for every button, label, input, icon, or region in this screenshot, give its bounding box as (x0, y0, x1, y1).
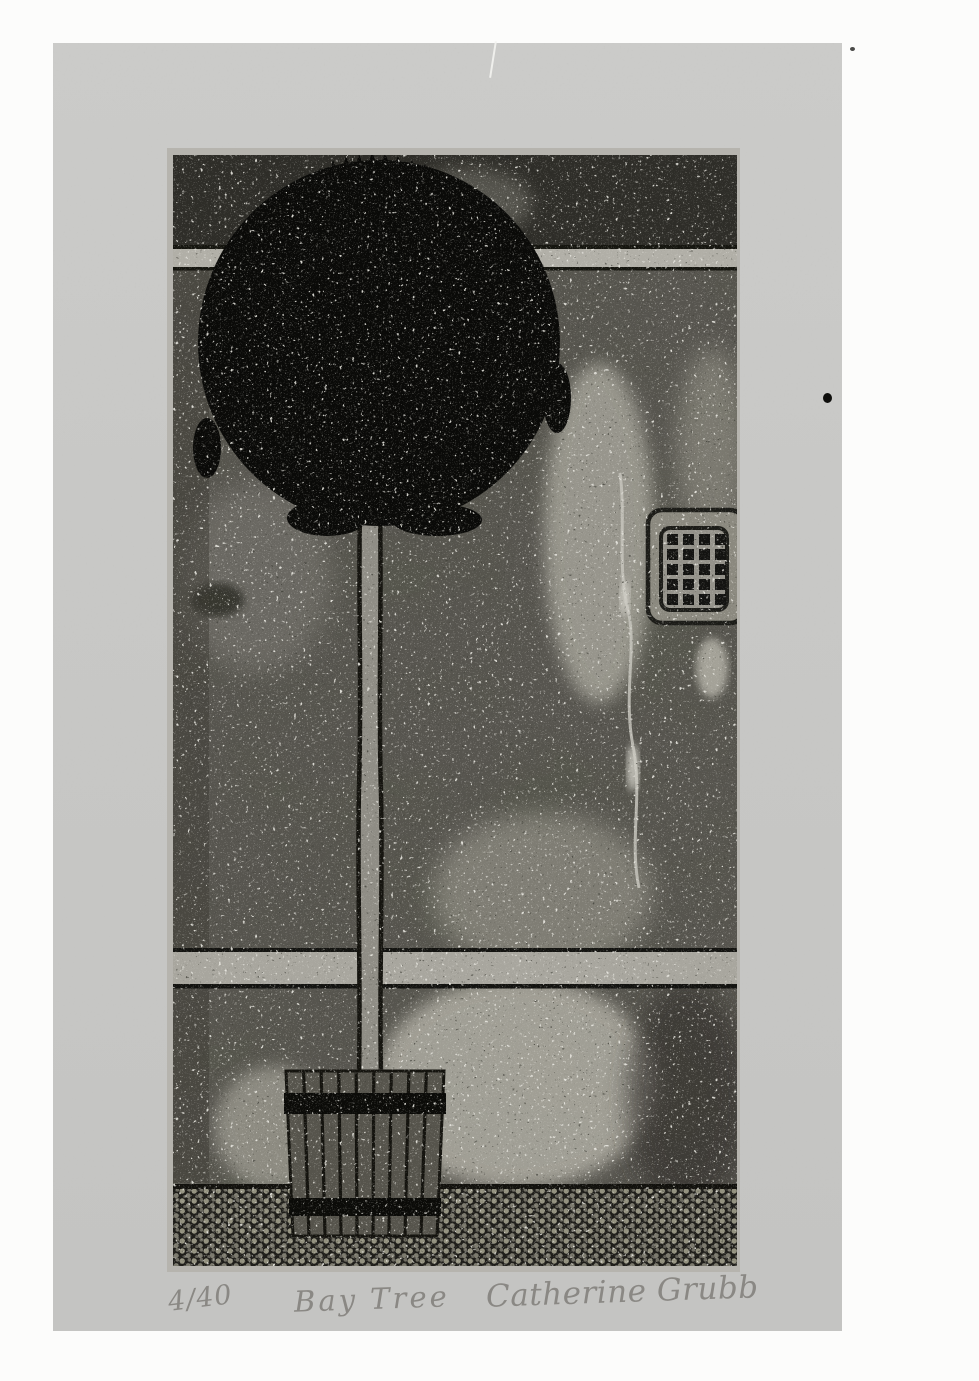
etching-print (167, 148, 740, 1272)
dust-spot-on-mat (823, 393, 832, 403)
print-grain (173, 155, 737, 1266)
photograph-of-etching: 4/40 Bay Tree Catherine Grubb (0, 0, 979, 1381)
title-inscription: Bay Tree (293, 1279, 450, 1318)
etching-image (167, 148, 740, 1272)
print-mat: 4/40 Bay Tree Catherine Grubb (53, 43, 842, 1331)
dust-spot-on-page (850, 47, 855, 51)
